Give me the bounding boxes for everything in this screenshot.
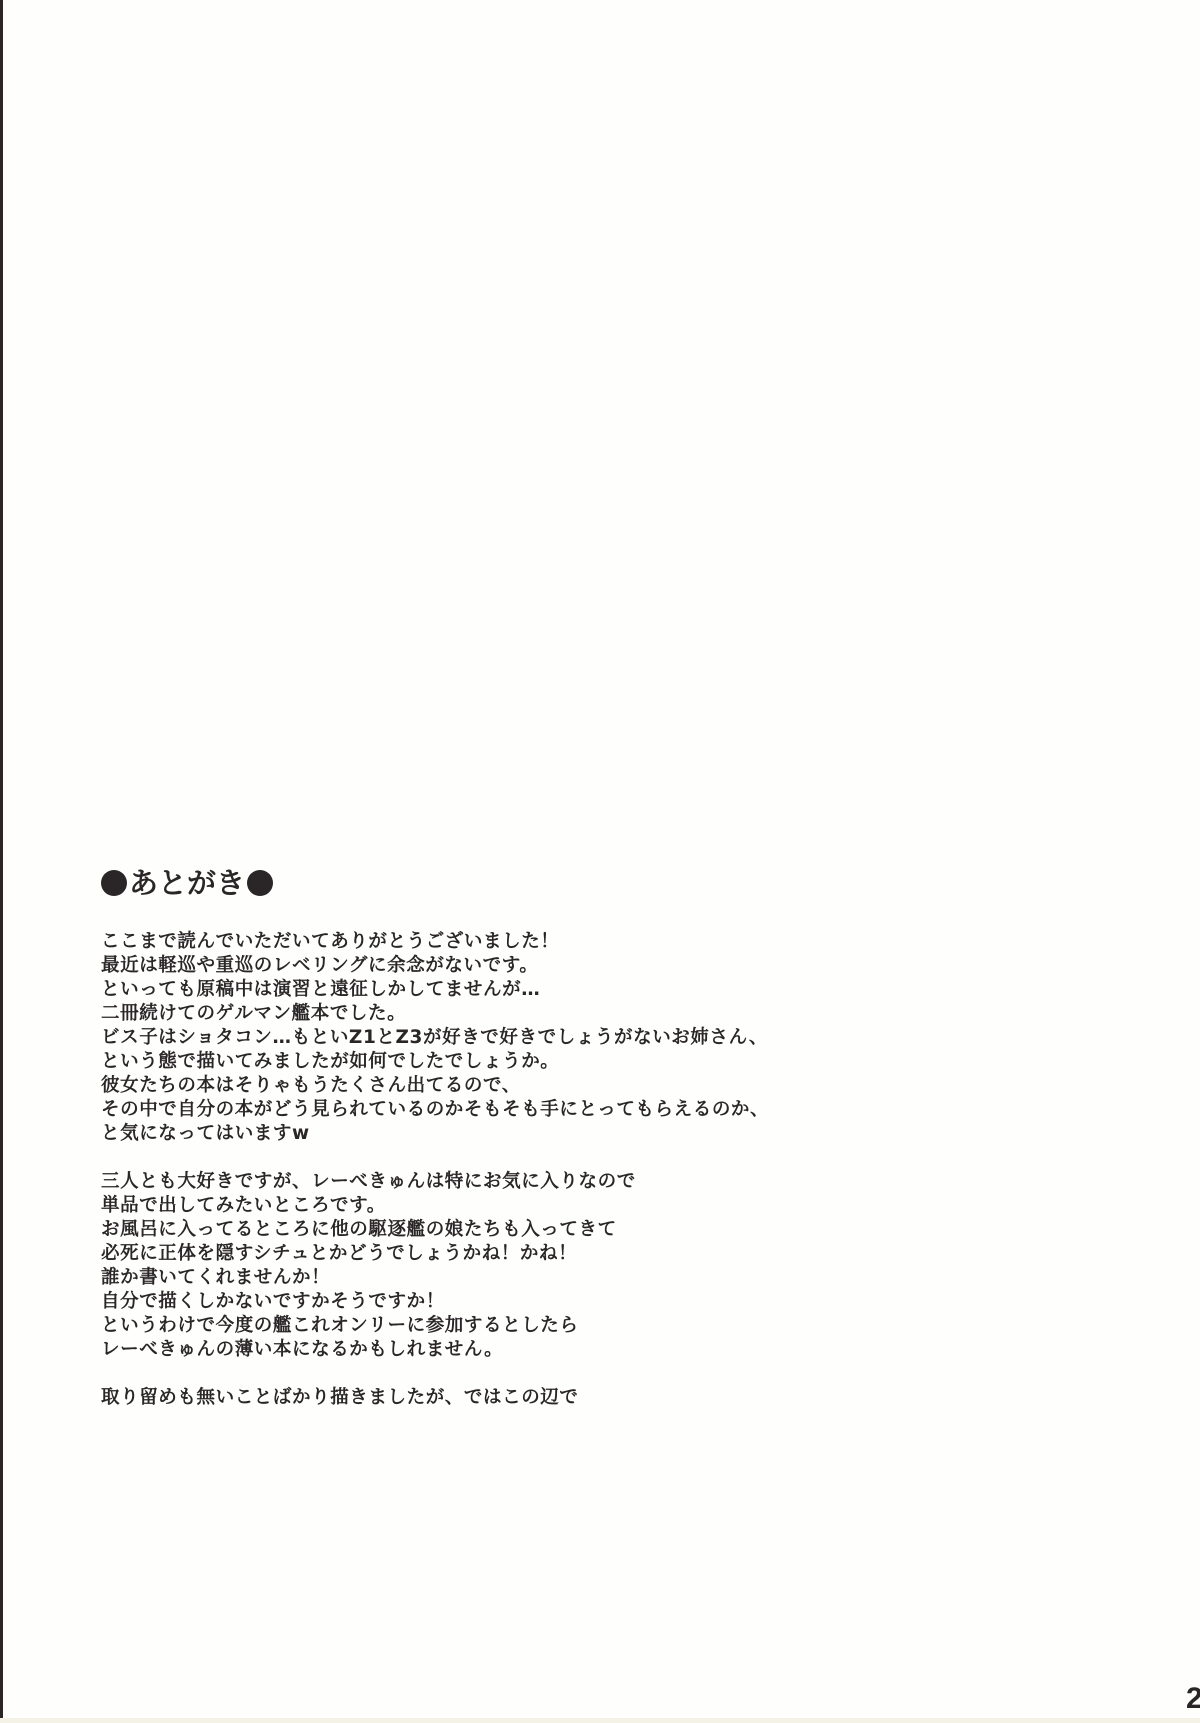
- document-page: あとがき ここまで読んでいただいてありがとうございました！ 最近は軽巡や重巡のレ…: [0, 0, 1200, 1723]
- text-line: 二冊続けてのゲルマン艦本でした。: [101, 1002, 901, 1026]
- text-line: 自分で描くしかないですかそうですか！: [101, 1290, 901, 1314]
- text-line: 単品で出してみたいところです。: [101, 1194, 901, 1218]
- text-line: 誰か書いてくれませんか！: [101, 1266, 901, 1290]
- text-line: という態で描いてみましたが如何でしたでしょうか。: [101, 1050, 901, 1074]
- text-line: その中で自分の本がどう見られているのかそもそも手にとってもらえるのか、: [101, 1098, 901, 1122]
- text-line: というわけで今度の艦これオンリーに参加するとしたら: [101, 1314, 901, 1338]
- text-line: レーべきゅんの薄い本になるかもしれません。: [101, 1338, 901, 1362]
- text-line: お風呂に入ってるところに他の駆逐艦の娘たちも入ってきて: [101, 1218, 901, 1242]
- text-line: 必死に正体を隠すシチュとかどうでしょうかね！かね！: [101, 1242, 901, 1266]
- paragraph-1: ここまで読んでいただいてありがとうございました！ 最近は軽巡や重巡のレベリングに…: [101, 930, 901, 1146]
- afterword-section: あとがき ここまで読んでいただいてありがとうございました！ 最近は軽巡や重巡のレ…: [101, 866, 901, 1434]
- text-line: 彼女たちの本はそりゃもうたくさん出てるので、: [101, 1074, 901, 1098]
- bullet-circle-icon: [101, 870, 127, 896]
- text-line: 三人とも大好きですが、レーべきゅんは特にお気に入りなので: [101, 1170, 901, 1194]
- page-bottom-edge: [0, 1718, 1200, 1723]
- bullet-circle-icon: [247, 870, 273, 896]
- afterword-title: あとがき: [129, 866, 245, 900]
- paragraph-3: 取り留めも無いことばかり描きましたが、ではこの辺で: [101, 1386, 901, 1410]
- text-line: ビス子はショタコン…もといZ1とZ3が好きで好きでしょうがないお姉さん、: [101, 1026, 901, 1050]
- text-line: 取り留めも無いことばかり描きましたが、ではこの辺で: [101, 1386, 901, 1410]
- afterword-heading: あとがき: [101, 866, 901, 900]
- page-number: 2: [1186, 1682, 1200, 1716]
- text-line: といっても原稿中は演習と遠征しかしてませんが…: [101, 978, 901, 1002]
- text-line: ここまで読んでいただいてありがとうございました！: [101, 930, 901, 954]
- text-line: と気になってはいますw: [101, 1122, 901, 1146]
- paragraph-2: 三人とも大好きですが、レーべきゅんは特にお気に入りなので 単品で出してみたいとこ…: [101, 1170, 901, 1362]
- text-line: 最近は軽巡や重巡のレベリングに余念がないです。: [101, 954, 901, 978]
- page-left-edge: [0, 0, 3, 1723]
